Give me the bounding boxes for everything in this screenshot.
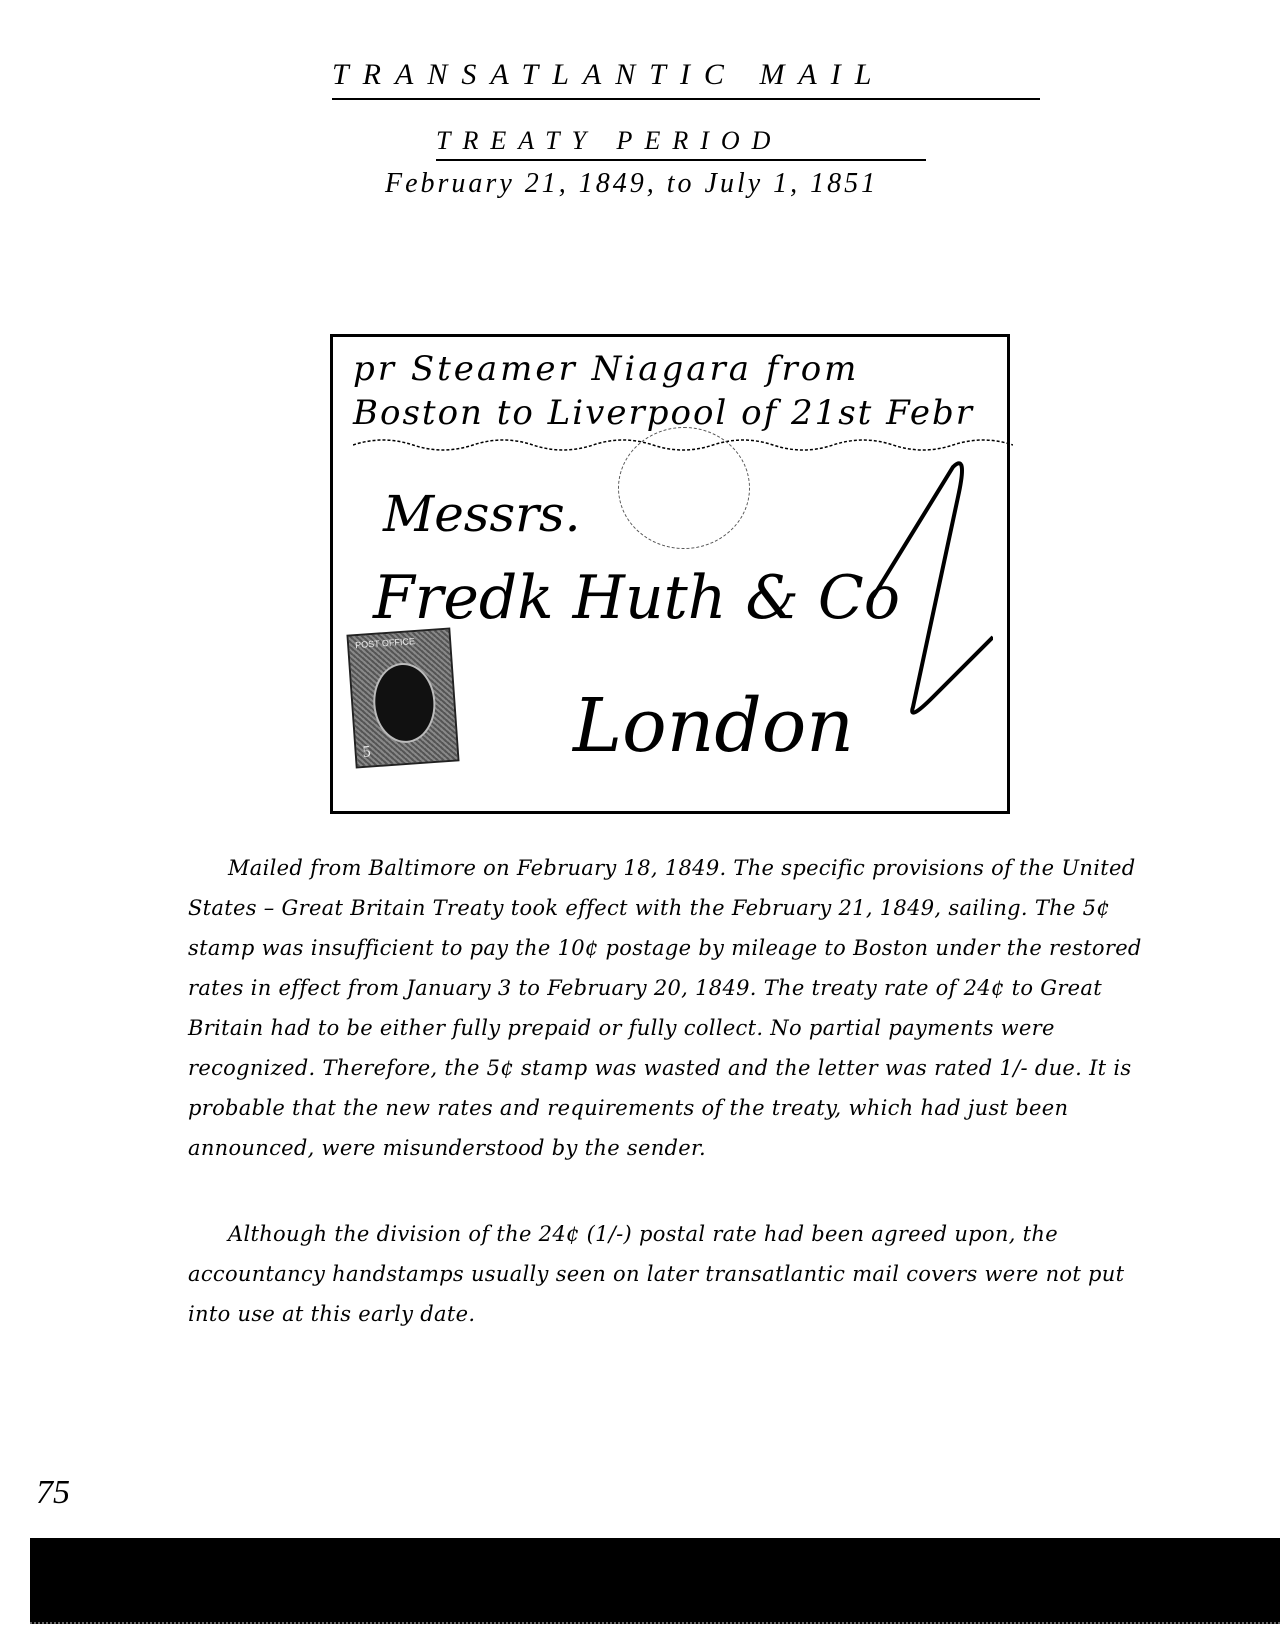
page-subtitle: TREATY PERIOD	[436, 126, 926, 161]
stamp-icon: POST OFFICE 5	[346, 628, 459, 769]
address-line-2: Fredk Huth & Co	[373, 563, 900, 633]
scan-edge-bar	[30, 1538, 1280, 1624]
page-number: 75	[36, 1474, 70, 1512]
docket-line-2: Boston to Liverpool of 21st Febr	[353, 393, 974, 433]
stamp-top-text: POST OFFICE	[355, 636, 415, 650]
stamp-portrait	[371, 661, 438, 745]
docket-line-1: pr Steamer Niagara from	[353, 349, 859, 389]
description-paragraph-2: Although the division of the 24¢ (1/-) p…	[188, 1214, 1148, 1334]
page-title: TRANSATLANTIC MAIL	[332, 58, 1040, 100]
address-line-3: London	[573, 683, 854, 769]
description-paragraph-1: Mailed from Baltimore on February 18, 18…	[188, 848, 1148, 1168]
postal-cover-image: pr Steamer Niagara from Boston to Liverp…	[330, 334, 1010, 814]
address-line-1: Messrs.	[383, 485, 581, 543]
stamp-value: 5	[362, 743, 371, 762]
postmark-icon	[618, 427, 750, 549]
rate-mark-icon	[853, 457, 993, 727]
date-range: February 21, 1849, to July 1, 1851	[385, 168, 878, 200]
